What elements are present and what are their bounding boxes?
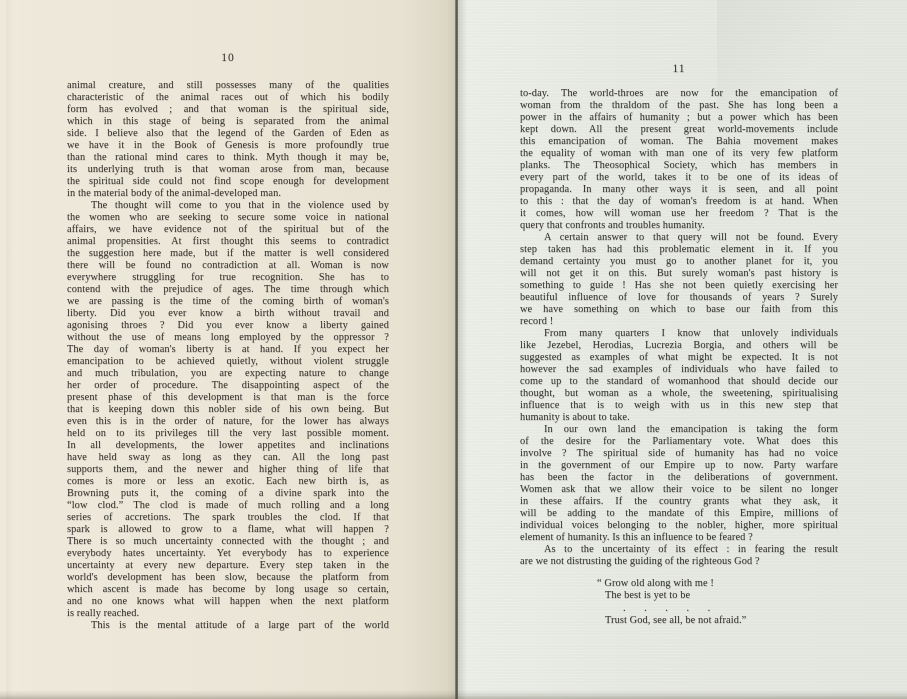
page-number-left: 10 [67,52,389,64]
text-line: in the material body of the animal-devel… [67,188,389,200]
text-line: kept down. All the present great world-m… [520,124,838,136]
text-line: In our own land the emancipation is taki… [520,424,838,436]
text-line: it comes, how will woman use her freedom… [520,208,838,220]
text-line: present phase of this development is tha… [67,392,389,404]
paragraph: The thought will come to you that in the… [67,200,389,620]
text-line: in these affairs. If the country grants … [520,496,838,508]
text-line: this emancipation of woman. The Bahia mo… [520,136,838,148]
text-line: everywhere struggling for true recogniti… [67,272,389,284]
text-line: influence that is to weigh with us in th… [520,400,838,412]
text-line: there will be found no contradiction at … [67,260,389,272]
text-line: power in the affairs of humanity ; but a… [520,112,838,124]
text-line: like Jezebel, Herodias, Lucrezia Borgia,… [520,340,838,352]
text-line: liberty. Did you ever know a birth witho… [67,308,389,320]
text-line: to-day. The world-throes are now for the… [520,88,838,100]
text-line: uncertainty at every new departure. Ever… [67,560,389,572]
text-line: “low clod.” The clod is made of much rol… [67,500,389,512]
text-line: planks. The Theosophical Society, which … [520,160,838,172]
text-line: form has evolved ; and that woman is the… [67,104,389,116]
text-line: This is the mental attitude of a large p… [67,620,389,632]
text-line: woman from the thraldom of the past. She… [520,100,838,112]
text-line: will not get it on this. But surely woma… [520,268,838,280]
text-line: to this : that the day of woman's freedo… [520,196,838,208]
text-line: supports them, and the newer and higher … [67,464,389,476]
text-line: beautiful influence of love for thousand… [520,292,838,304]
text-line: are we not distrusting the guiding of th… [520,556,838,568]
paragraph: As to the uncertainty of its effect : in… [520,544,838,568]
paragraph: animal creature, and still possesses man… [67,80,389,200]
text-line: its underlying truth is that woman arose… [67,164,389,176]
text-line: and no one knows what will happen when t… [67,596,389,608]
paragraph: In our own land the emancipation is taki… [520,424,838,544]
text-line: we have it in the Book of Genesis is mor… [67,140,389,152]
text-line: we are passing is the time of the coming… [67,296,389,308]
text-line: record ! [520,316,838,328]
paragraph: A certain answer to that query will not … [520,232,838,328]
text-line: will be adding to the mandate of this Em… [520,508,838,520]
text-line: however the sad examples of individuals … [520,364,838,376]
text-line: affairs, we have evidence not of the spi… [67,224,389,236]
text-line: the suggestion here made, but if the mat… [67,248,389,260]
quote-line: Trust God, see all, be not afraid.” [605,615,838,627]
text-line: everybody hates uncertainty. Yet everybo… [67,548,389,560]
text-line: thought, but woman as a whole, the sweet… [520,388,838,400]
text-line: comes is more or less an exotic. Each ne… [67,476,389,488]
text-line: step taken has had this problematic elem… [520,244,838,256]
text-line: individual voices belonging to the noble… [520,520,838,532]
page-gutter [455,0,458,699]
text-line: contend with the prejudice of ages. The … [67,284,389,296]
text-line: side. I believe also that the legend of … [67,128,389,140]
text-line: the women who are seeking to secure some… [67,212,389,224]
text-line: is really reached. [67,608,389,620]
text-line: element of humanity. Is this an influenc… [520,532,838,544]
text-line: that is keeping down this nobler side of… [67,404,389,416]
paragraph: From many quarters I know that unlovely … [520,328,838,424]
quote-line: The best is yet to be [605,590,838,602]
text-line: held on to its privileges till the very … [67,428,389,440]
text-line: animal creature, and still possesses man… [67,80,389,92]
text-line: something to guide ! Has she not been qu… [520,280,838,292]
text-line: characteristic of the animal races out o… [67,92,389,104]
text-line: we have something on which to base our f… [520,304,838,316]
poem-quote: “ Grow old along with me !The best is ye… [597,578,838,628]
text-line: suggested as examples of what might be e… [520,352,838,364]
quote-line: “ Grow old along with me ! [597,578,838,590]
text-line: her order of procedure. The disappointin… [67,380,389,392]
text-line: the spiritual side could not find scope … [67,176,389,188]
text-line: come up to the standard of womanhood tha… [520,376,838,388]
text-line: than the rational mind cares to think. M… [67,152,389,164]
left-page-text: animal creature, and still possesses man… [67,80,389,632]
text-line: Browning puts it, the coming of a divine… [67,488,389,500]
text-line: humanity is about to take. [520,412,838,424]
text-line: propaganda. In many other ways it is see… [520,184,838,196]
paragraph: to-day. The world-throes are now for the… [520,88,838,232]
text-line: the equality of woman with man one of it… [520,148,838,160]
text-line: The day of woman's liberty is at hand. I… [67,344,389,356]
text-line: emancipation to be achieved quietly, wit… [67,356,389,368]
text-line: agonising throes ? Did you ever know a l… [67,320,389,332]
text-line: without the use of means long employed b… [67,332,389,344]
page-number-right: 11 [520,63,838,75]
text-line: From many quarters I know that unlovely … [520,328,838,340]
text-line: involve ? The spiritual side of humanity… [520,448,838,460]
text-line: even this is in the order of nature, for… [67,416,389,428]
text-line: demand certainty you must go to another … [520,256,838,268]
text-line: animal propensities. At first thought th… [67,236,389,248]
text-line: query that confronts and troubles humani… [520,220,838,232]
text-line: Women ask that we allow their voice to b… [520,484,838,496]
text-line: A certain answer to that query will not … [520,232,838,244]
text-line: In all developments, the lower appetites… [67,440,389,452]
quote-line: . . . . . [623,603,838,615]
text-line: in the government of our Empire up to no… [520,460,838,472]
text-line: spark is allowed to grow to a flame, wha… [67,524,389,536]
book-scan-spread: 10 11 animal creature, and still possess… [0,0,907,699]
right-page-text: to-day. The world-throes are now for the… [520,88,838,628]
paragraph: This is the mental attitude of a large p… [67,620,389,632]
text-line: series of accretions. The spark troubles… [67,512,389,524]
text-line: every part of the world, takes it to be … [520,172,838,184]
text-line: and much tribulation, you are expecting … [67,368,389,380]
text-line: which in this stage of being is separate… [67,116,389,128]
text-line: have held sway as long as they can. All … [67,452,389,464]
text-line: of the desire for the Parliamentary vote… [520,436,838,448]
text-line: has been the factor in the deliberations… [520,472,838,484]
text-line: There is so much uncertainty connected w… [67,536,389,548]
text-line: world's development has been slow, becau… [67,572,389,584]
text-line: As to the uncertainty of its effect : in… [520,544,838,556]
text-line: The thought will come to you that in the… [67,200,389,212]
text-line: which ascent is made has become by long … [67,584,389,596]
